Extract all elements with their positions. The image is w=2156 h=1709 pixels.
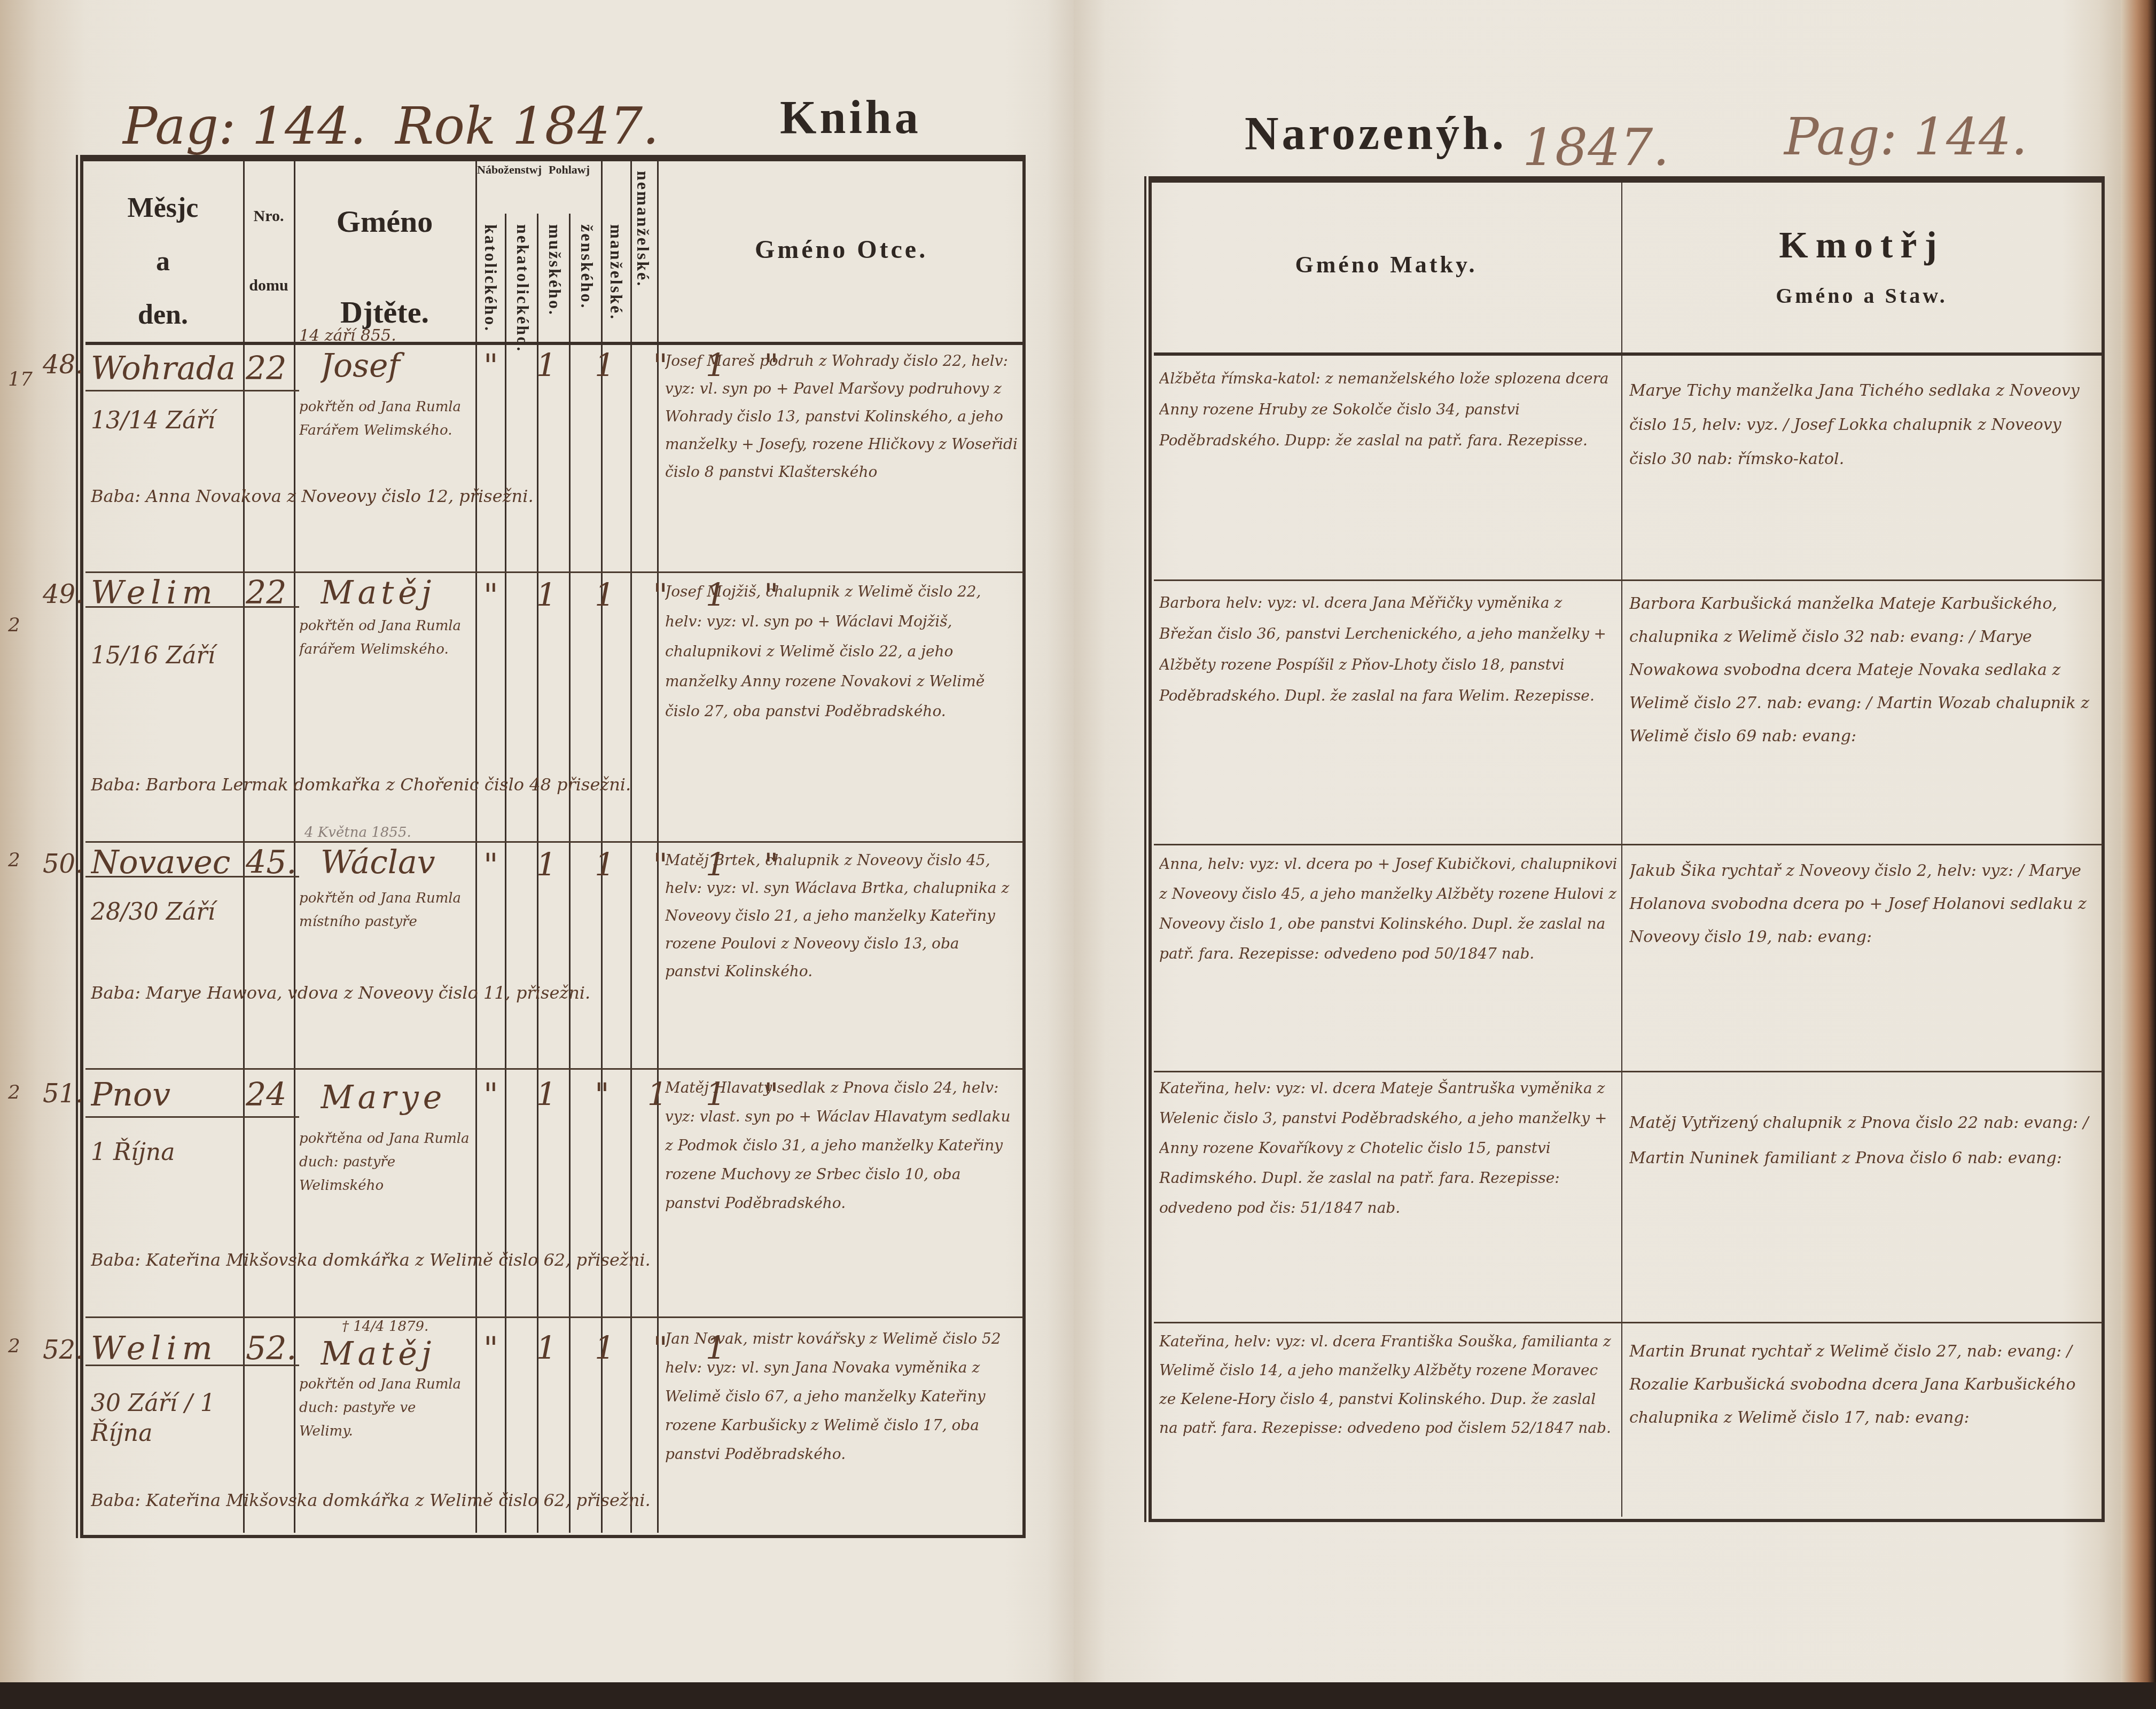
entry-number: 52.	[43, 1335, 83, 1365]
place: Wohrada	[91, 350, 240, 387]
baptism-note: pokřtěn od Jana Rumla místního pastyře	[299, 887, 470, 967]
child-name: Matěj	[321, 574, 470, 612]
birth-date: 1 Října	[91, 1138, 240, 1167]
header-house-number: Nro. domu	[245, 182, 293, 320]
baptism-note: pokřtěn od Jana Rumla farářem Welimského…	[299, 614, 470, 705]
godparents: Jakub Šika rychtař z Noveovy čislo 2, he…	[1629, 854, 2099, 1063]
header-godparents-sub: Gméno a Staw.	[1624, 283, 2099, 308]
row-separator	[85, 1068, 1023, 1070]
margin-note: 2	[8, 1081, 20, 1103]
place: Novavec	[91, 844, 240, 881]
house-number: 22	[246, 574, 294, 612]
entry-number: 50.	[43, 849, 83, 879]
entry-number: 48.	[43, 350, 83, 380]
father-details: Matěj Hlavaty sedlak z Pnova čislo 24, h…	[665, 1073, 1018, 1308]
margin-note: 2	[8, 849, 20, 871]
header-female: ženského.	[577, 224, 597, 309]
page-number-note-left: Pag: 144.	[123, 96, 366, 156]
row-separator	[1154, 1071, 2102, 1072]
midwife: Baba: Anna Novakova z Noveovy čislo 12, …	[91, 481, 652, 512]
child-name: Josef	[321, 347, 470, 385]
midwife: Baba: Marye Hawova, vdova z Noveovy čisl…	[91, 977, 652, 1008]
mother-details: Barbora helv: vyz: vl. dcera Jana Měřičk…	[1159, 587, 1619, 838]
birth-date: 13/14 Září	[91, 406, 240, 436]
header-separator-left	[85, 342, 1023, 345]
place: Welim	[91, 1330, 240, 1367]
father-details: Josef Mareš podruh z Wohrady čislo 22, h…	[665, 347, 1018, 566]
header-legitimate: manželské.	[606, 224, 626, 320]
place-underline	[85, 1116, 299, 1118]
place: Pnov	[91, 1076, 240, 1114]
table-surface	[0, 1682, 2156, 1709]
title-narozenych: Narozenýh.	[1245, 107, 1507, 161]
entry-number: 49.	[43, 579, 83, 609]
header-house-number-line2: domu	[245, 251, 293, 320]
row-separator	[1154, 579, 2102, 581]
mother-details: Kateřina, helv: vyz: vl. dcera Františka…	[1159, 1327, 1619, 1519]
col-divider	[294, 160, 295, 1533]
baptism-note: pokřtěna od Jana Rumla duch: pastyře Wel…	[299, 1127, 470, 1223]
header-godparents: Kmotřj	[1624, 224, 2099, 267]
row-separator	[1154, 844, 2102, 845]
header-child-name-line1: Gméno	[296, 176, 473, 267]
godparents: Barbora Karbušická manželka Mateje Karbu…	[1629, 587, 2099, 838]
header-illegitimate: nemanželské.	[633, 171, 653, 287]
godparents: Martin Brunat rychtař z Welimě čislo 27,…	[1629, 1335, 2099, 1517]
father-details: Josef Mojžiš, chalupnik z Welimě čislo 2…	[665, 577, 1018, 833]
header-noncatholic: nekatolického.	[513, 224, 533, 352]
godparents: Marye Tichy manželka Jana Tichého sedlak…	[1629, 374, 2099, 577]
house-number: 24	[246, 1076, 294, 1114]
house-number: 45.	[246, 844, 294, 881]
entry-number: 51.	[43, 1079, 83, 1109]
father-details: Jan Novak, mistr kovářsky z Welimě čislo…	[665, 1324, 1018, 1533]
midwife: Baba: Barbora Lermak domkařka z Chořenic…	[91, 769, 652, 800]
birth-date: 30 Září / 1 Října	[91, 1389, 240, 1448]
book-edge	[2121, 0, 2156, 1709]
col-divider	[475, 160, 477, 1533]
header-sex-group: Pohlawj	[538, 163, 600, 177]
col-divider	[1621, 182, 1622, 1517]
row-separator	[1154, 1322, 2102, 1323]
header-house-number-line1: Nro.	[245, 182, 293, 251]
row-separator	[85, 1316, 1023, 1318]
midwife: Baba: Kateřina Mikšovska domkářka z Weli…	[91, 1485, 652, 1516]
col-divider	[243, 160, 245, 1533]
midwife: Baba: Kateřina Mikšovska domkářka z Weli…	[91, 1244, 652, 1275]
mother-details: Anna, helv: vyz: vl. dcera po + Josef Ku…	[1159, 849, 1619, 1063]
mother-details: Kateřina, helv: vyz: vl. dcera Mateje Ša…	[1159, 1073, 1619, 1314]
place-underline	[85, 390, 299, 391]
header-month-day-line2: a	[85, 235, 240, 288]
margin-note: 2	[8, 614, 20, 636]
baptism-note: pokřtěn od Jana Rumla Farářem Welimského…	[299, 395, 470, 486]
child-name: Matěj	[321, 1335, 470, 1373]
house-number: 52.	[246, 1330, 294, 1367]
header-month-day: Měsjc a den.	[85, 182, 240, 342]
father-details: Matěj Brtek, chalupnik z Noveovy čislo 4…	[665, 846, 1018, 1060]
header-male: mužského.	[545, 224, 565, 316]
mother-details: Alžběta římska-katol: z nemanželského lo…	[1159, 363, 1619, 577]
birth-date: 15/16 Září	[91, 641, 240, 671]
header-mother-name: Gméno Matky.	[1154, 251, 1619, 278]
header-month-day-line1: Měsjc	[85, 182, 240, 235]
birth-date: 28/30 Září	[91, 897, 240, 927]
row-separator	[85, 571, 1023, 573]
place: Welim	[91, 574, 240, 612]
margin-note: 17	[8, 369, 33, 390]
house-number: 22	[246, 350, 294, 387]
margin-note: 2	[8, 1335, 20, 1357]
header-father-name: Gméno Otce.	[662, 235, 1020, 264]
header-month-day-line3: den.	[85, 288, 240, 342]
child-name: Wáclav	[321, 844, 470, 881]
year-note-left: Rok 1847.	[395, 96, 659, 156]
child-name: Marye	[321, 1079, 470, 1116]
row-separator	[85, 841, 1023, 843]
header-separator-right	[1154, 352, 2102, 356]
title-kniha: Kniha	[780, 91, 921, 145]
baptism-note: pokřtěn od Jana Rumla duch: pastyře ve W…	[299, 1373, 470, 1469]
header-religion-group: Náboženstwj	[477, 163, 536, 177]
year-note-right: 1847.	[1522, 117, 1669, 177]
page-number-note-right: Pag: 144.	[1784, 107, 2028, 167]
godparents: Matěj Vytřizený chalupnik z Pnova čislo …	[1629, 1106, 2099, 1308]
header-catholic: katolického.	[481, 224, 501, 332]
